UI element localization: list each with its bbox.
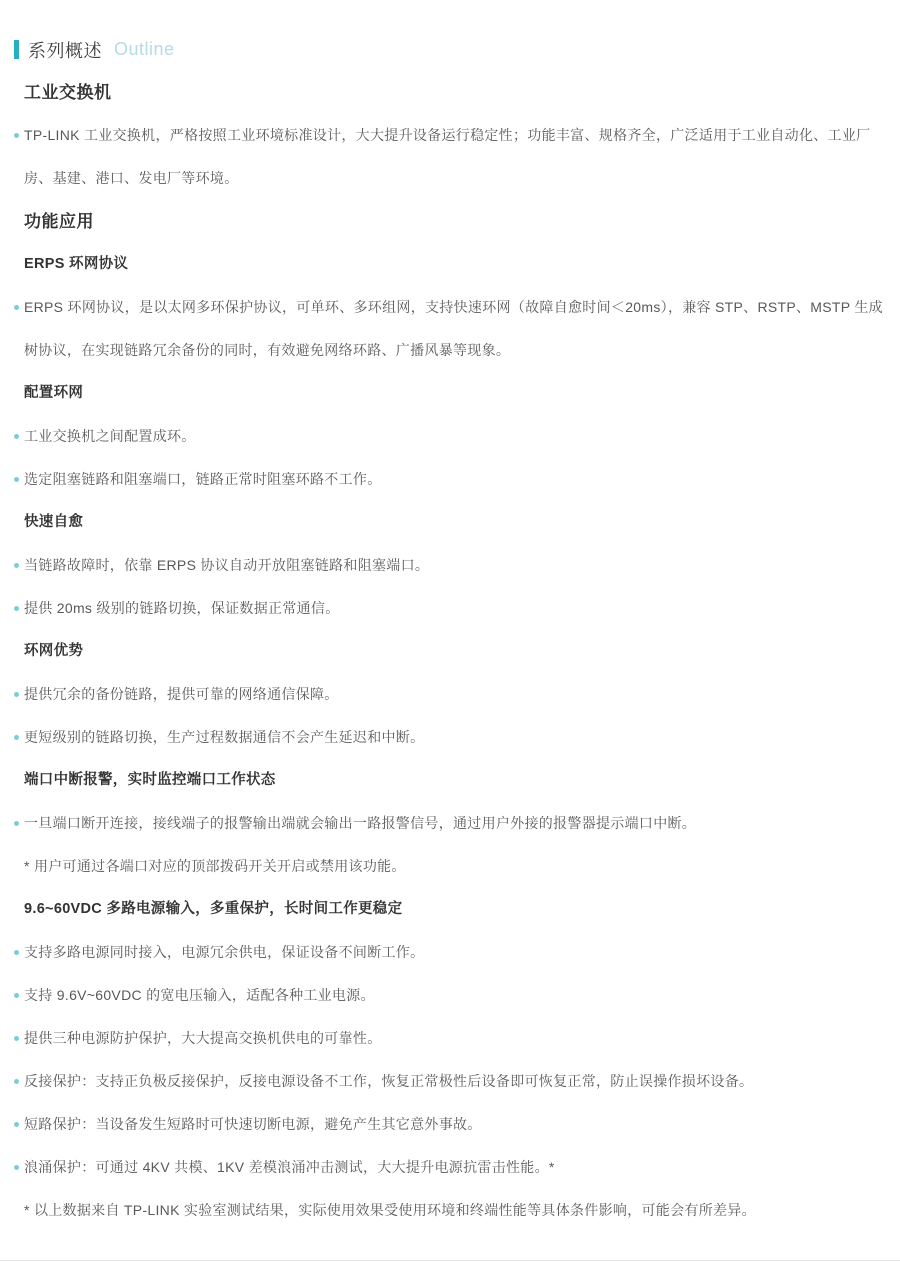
bullet-item: 浪涌保护：可通过 4KV 共模、1KV 差模浪涌冲击测试，大大提升电源抗雷击性能…: [0, 1146, 900, 1189]
bullet-item: TP-LINK 工业交换机，严格按照工业环境标准设计，大大提升设备运行稳定性；功…: [0, 114, 900, 200]
section-title-zh: 系列概述: [28, 37, 102, 63]
sub-heading: 端口中断报警，实时监控端口工作状态: [0, 759, 900, 802]
section-title-en: Outline: [114, 39, 175, 60]
sub-heading: 快速自愈: [0, 501, 900, 544]
bullet-item: 工业交换机之间配置成环。: [0, 415, 900, 458]
bullet-item: 反接保护：支持正负极反接保护，反接电源设备不工作，恢复正常极性后设备即可恢复正常…: [0, 1060, 900, 1103]
bullet-item: ERPS 环网协议，是以太网多环保护协议，可单环、多环组网，支持快速环网（故障自…: [0, 286, 900, 372]
footnote: * 用户可通过各端口对应的顶部拨码开关开启或禁用该功能。: [0, 845, 900, 888]
sub-heading: ERPS 环网协议: [0, 243, 900, 286]
bullet-item: 提供冗余的备份链路，提供可靠的网络通信保障。: [0, 673, 900, 716]
bullet-item: 支持多路电源同时接入，电源冗余供电，保证设备不间断工作。: [0, 931, 900, 974]
bullet-item: 提供三种电源防护保护，大大提高交换机供电的可靠性。: [0, 1017, 900, 1060]
bullet-item: 一旦端口断开连接，接线端子的报警输出端就会输出一路报警信号，通过用户外接的报警器…: [0, 802, 900, 845]
section-title-bar: 系列概述 Outline: [0, 28, 900, 71]
document-page: 系列概述 Outline 工业交换机TP-LINK 工业交换机，严格按照工业环境…: [0, 0, 900, 1232]
section-heading: 功能应用: [0, 200, 900, 243]
bullet-item: 支持 9.6V~60VDC 的宽电压输入，适配各种工业电源。: [0, 974, 900, 1017]
bullet-item: 选定阻塞链路和阻塞端口，链路正常时阻塞环路不工作。: [0, 458, 900, 501]
sub-heading: 配置环网: [0, 372, 900, 415]
bullet-item: 更短级别的链路切换，生产过程数据通信不会产生延迟和中断。: [0, 716, 900, 759]
accent-bar: [14, 40, 19, 59]
sections: 工业交换机TP-LINK 工业交换机，严格按照工业环境标准设计，大大提升设备运行…: [0, 71, 900, 1232]
bullet-item: 短路保护：当设备发生短路时可快速切断电源，避免产生其它意外事故。: [0, 1103, 900, 1146]
sub-heading: 环网优势: [0, 630, 900, 673]
bullet-item: 当链路故障时，依靠 ERPS 协议自动开放阻塞链路和阻塞端口。: [0, 544, 900, 587]
section-heading: 工业交换机: [0, 71, 900, 114]
bullet-item: 提供 20ms 级别的链路切换，保证数据正常通信。: [0, 587, 900, 630]
footnote: * 以上数据来自 TP-LINK 实验室测试结果，实际使用效果受使用环境和终端性…: [0, 1189, 900, 1232]
sub-heading: 9.6~60VDC 多路电源输入，多重保护，长时间工作更稳定: [0, 888, 900, 931]
